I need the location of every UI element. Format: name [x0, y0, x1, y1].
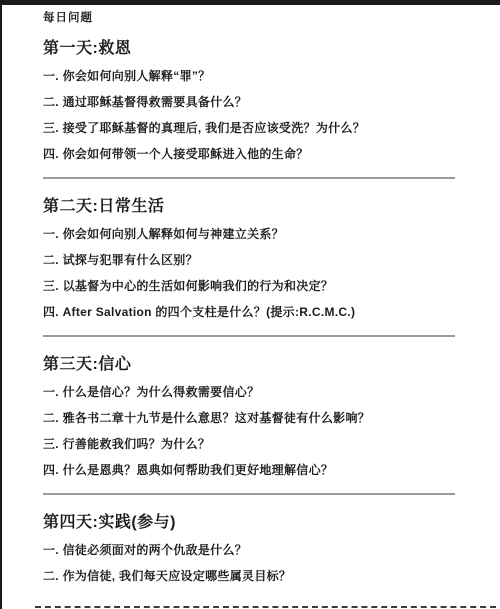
question-list: 一. 你会如何向别人解释如何与神建立关系？二. 试探与犯罪有什么区别？三. 以基… — [43, 227, 455, 319]
day-section: 第三天:信心 一. 什么是信心？为什么得救需要信心？二. 雅各书二章十九节是什么… — [43, 356, 455, 477]
question-item: 三. 接受了耶稣基督的真理后, 我们是否应该受洗？为什么？ — [43, 121, 455, 135]
day-section-heading: 第三天:信心 — [43, 356, 455, 373]
day-section-heading: 第四天:实践(参与) — [43, 514, 455, 531]
question-list: 一. 你会如何向别人解释“罪”？二. 通过耶稣基督得救需要具备什么？三. 接受了… — [43, 69, 455, 161]
day-section-heading: 第一天:救恩 — [43, 40, 455, 57]
document-title: 每日问题 — [43, 12, 455, 24]
question-item: 一. 你会如何向别人解释“罪”？ — [43, 69, 455, 83]
question-item: 一. 什么是信心？为什么得救需要信心？ — [43, 385, 455, 399]
page: { "page": { "title": "每日问题" }, "sections… — [0, 0, 500, 609]
document-body: 每日问题 第一天:救恩 一. 你会如何向别人解释“罪”？二. 通过耶稣基督得救需… — [2, 5, 500, 609]
question-item: 一. 信徒必须面对的两个仇敌是什么？ — [43, 543, 455, 557]
clipped-bottom-text-line — [35, 606, 496, 608]
question-item: 四. After Salvation 的四个支柱是什么？(提示:R.C.M.C.… — [43, 305, 455, 319]
day-section: 第四天:实践(参与) 一. 信徒必须面对的两个仇敌是什么？二. 作为信徒, 我们… — [43, 514, 455, 583]
question-list: 一. 信徒必须面对的两个仇敌是什么？二. 作为信徒, 我们每天应设定哪些属灵目标… — [43, 543, 455, 583]
question-list: 一. 什么是信心？为什么得救需要信心？二. 雅各书二章十九节是什么意思？这对基督… — [43, 385, 455, 477]
question-item: 三. 行善能救我们吗？为什么？ — [43, 437, 455, 451]
question-item: 四. 你会如何带领一个人接受耶稣进入他的生命？ — [43, 147, 455, 161]
day-section: 第二天:日常生活 一. 你会如何向别人解释如何与神建立关系？二. 试探与犯罪有什… — [43, 198, 455, 319]
question-item: 二. 作为信徒, 我们每天应设定哪些属灵目标？ — [43, 569, 455, 583]
day-section: 第一天:救恩 一. 你会如何向别人解释“罪”？二. 通过耶稣基督得救需要具备什么… — [43, 40, 455, 161]
sections-container: 第一天:救恩 一. 你会如何向别人解释“罪”？二. 通过耶稣基督得救需要具备什么… — [43, 40, 455, 583]
question-item: 四. 什么是恩典？恩典如何帮助我们更好地理解信心？ — [43, 463, 455, 477]
day-section-heading: 第二天:日常生活 — [43, 198, 455, 215]
question-item: 二. 通过耶稣基督得救需要具备什么？ — [43, 95, 455, 109]
question-item: 一. 你会如何向别人解释如何与神建立关系？ — [43, 227, 455, 241]
section-divider — [43, 493, 455, 495]
question-item: 三. 以基督为中心的生活如何影响我们的行为和决定？ — [43, 279, 455, 293]
section-divider — [43, 335, 455, 337]
section-divider — [43, 177, 455, 179]
question-item: 二. 雅各书二章十九节是什么意思？这对基督徒有什么影响？ — [43, 411, 455, 425]
question-item: 二. 试探与犯罪有什么区别？ — [43, 253, 455, 267]
